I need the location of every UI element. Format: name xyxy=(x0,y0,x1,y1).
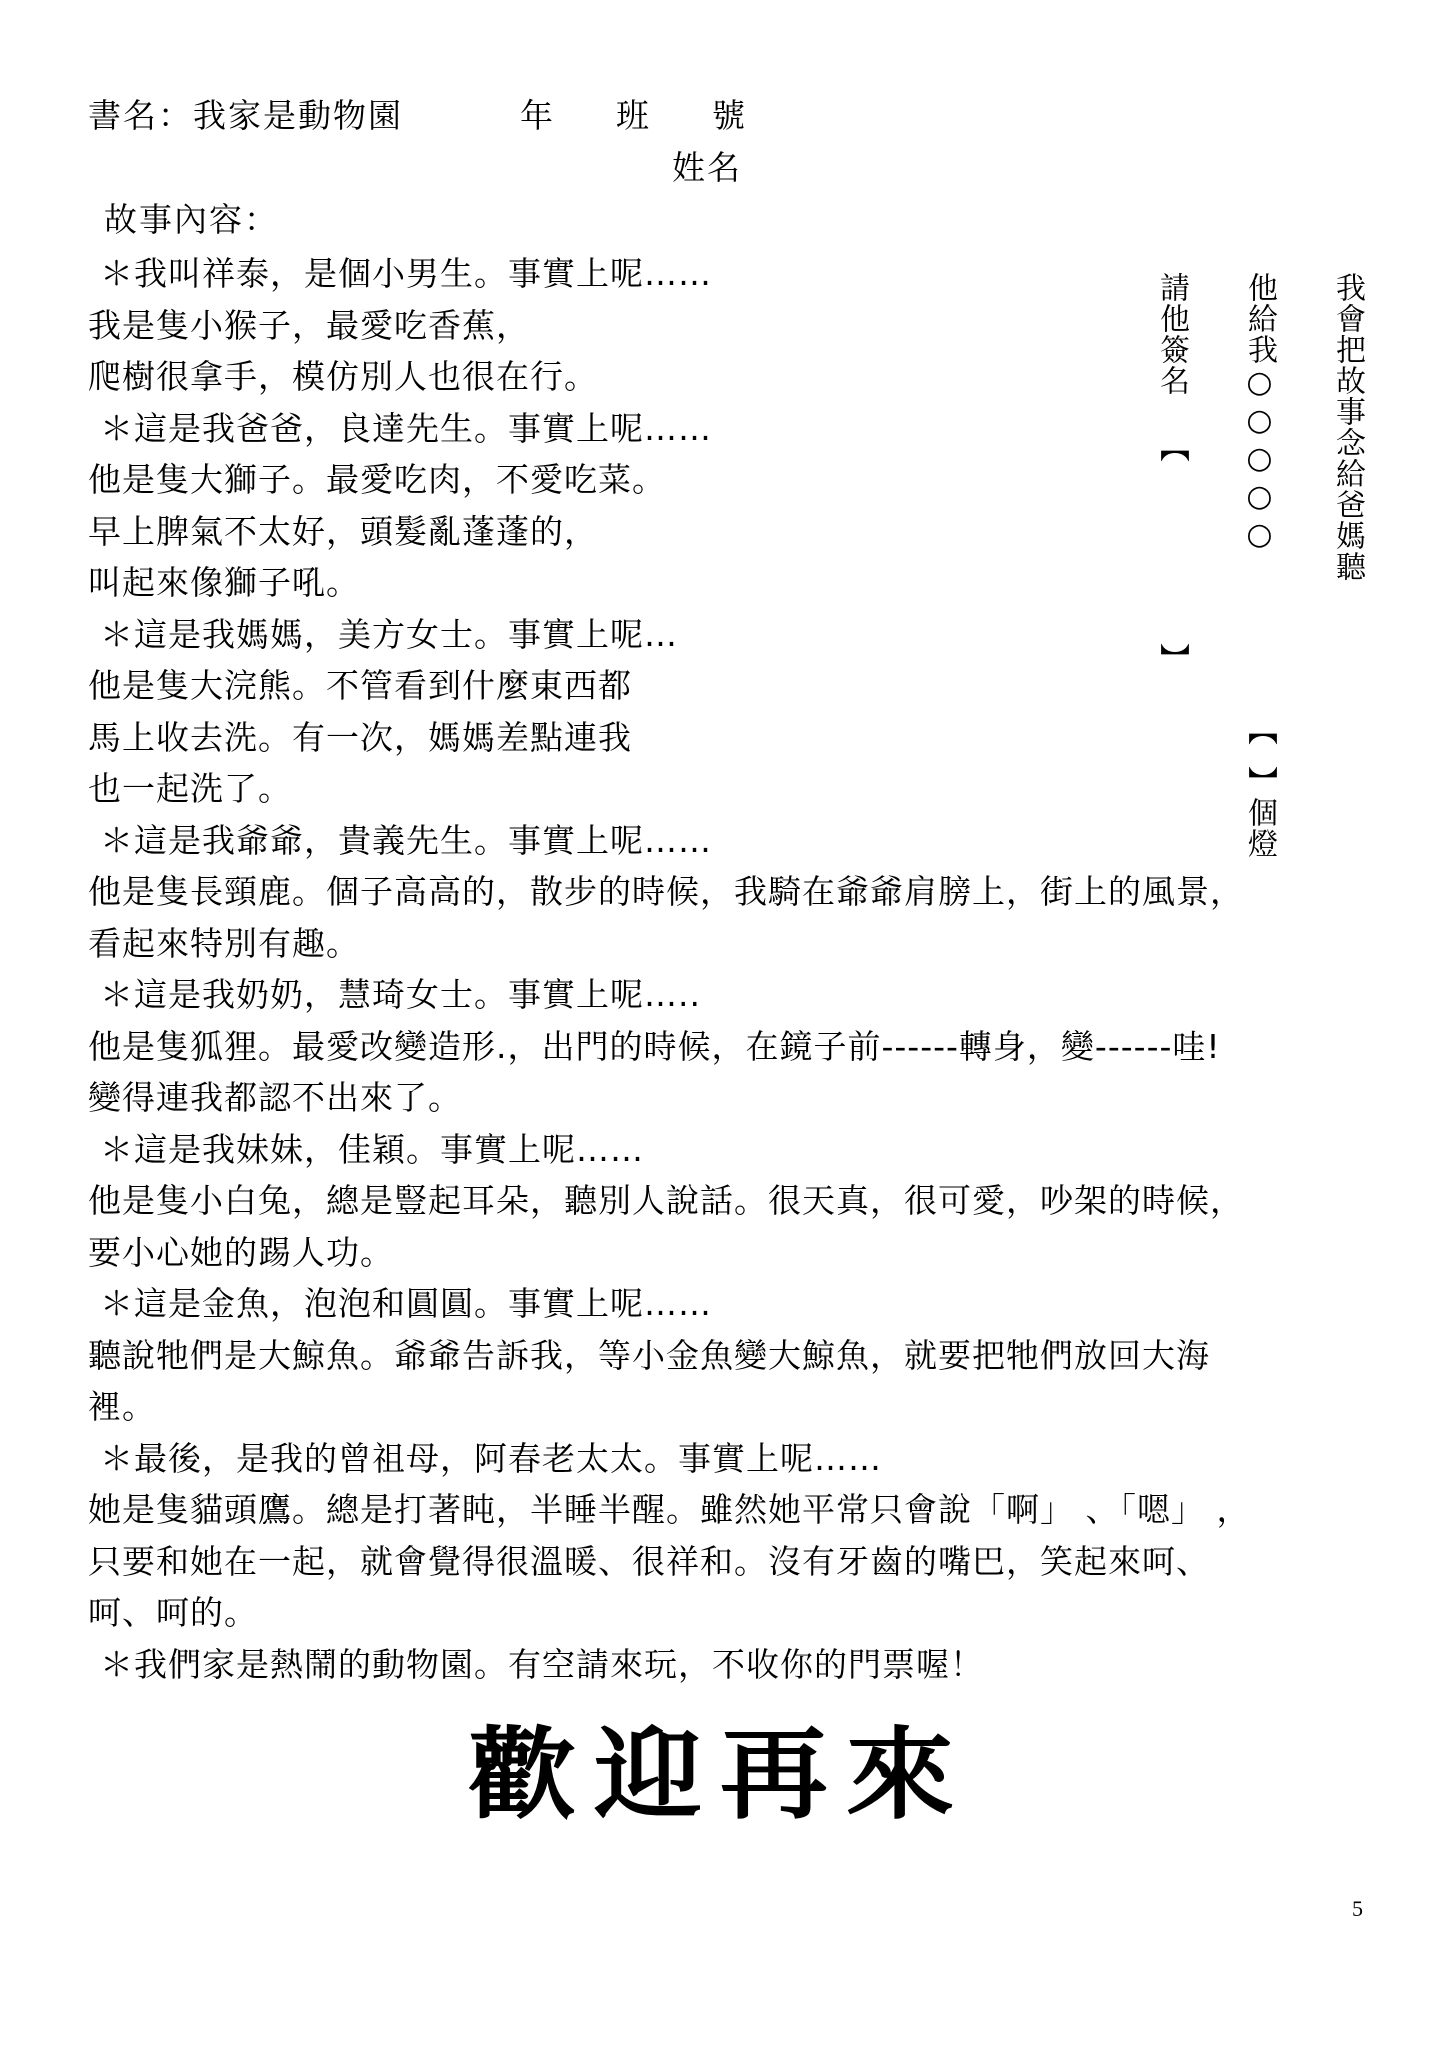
story-line: 呵、呵的。 xyxy=(88,1587,1378,1639)
seat-number-label: 號 xyxy=(712,92,745,140)
story-line: 也一起洗了。 xyxy=(88,763,1378,815)
bracket-close: 】 xyxy=(1154,643,1189,674)
bracket-open: 【 xyxy=(1242,715,1277,746)
bracket-open: 【 xyxy=(1154,432,1189,463)
closing-banner: 歡迎再來 xyxy=(370,1706,1070,1844)
story-section-title: 故事內容： xyxy=(104,196,279,244)
signature-prefix: 請他簽名 xyxy=(1154,272,1189,396)
story-line: 他是隻狐狸。最愛改變造形.，出門的時候，在鏡子前------轉身，變------… xyxy=(88,1021,1378,1073)
grade-label: 年 xyxy=(520,92,553,140)
story-line: ＊這是金魚，泡泡和圓圓。事實上呢…… xyxy=(88,1278,1378,1330)
story-line: 看起來特別有趣。 xyxy=(88,918,1378,970)
story-line: 他是隻小白兔，總是豎起耳朵，聽別人說話。很天真，很可愛，吵架的時候， xyxy=(88,1175,1378,1227)
story-line: 他是隻長頸鹿。個子高高的，散步的時候，我騎在爺爺肩膀上，街上的風景， xyxy=(88,866,1378,918)
story-line: 聽說牠們是大鯨魚。爺爺告訴我，等小金魚變大鯨魚，就要把牠們放回大海 xyxy=(88,1330,1378,1382)
story-line: 要小心她的踢人功。 xyxy=(88,1227,1378,1279)
student-name-label: 姓名 xyxy=(672,144,742,192)
worksheet-page: 書名：我家是動物園 年 班 號 姓名 故事內容： ＊我叫祥泰，是個小男生。事實上… xyxy=(0,0,1448,2048)
reading-record-signature: 請他簽名【】 xyxy=(1154,272,1188,674)
lamps-suffix: 個燈 xyxy=(1242,797,1277,859)
story-line: ＊這是我妹妹，佳穎。事實上呢…… xyxy=(88,1124,1378,1176)
story-line: 變得連我都認不出來了。 xyxy=(88,1072,1378,1124)
story-line: 她是隻貓頭鷹。總是打著盹，半睡半醒。雖然她平常只會說「啊」 、「嗯」 ， xyxy=(88,1484,1378,1536)
story-line: ＊最後，是我的曾祖母，阿春老太太。事實上呢…… xyxy=(88,1433,1378,1485)
story-line: ＊我們家是熱鬧的動物園。有空請來玩，不收你的門票喔！ xyxy=(88,1639,1378,1691)
class-label: 班 xyxy=(616,92,649,140)
read-aloud-text: 我會把故事念給爸媽聽 xyxy=(1330,272,1365,582)
story-line: ＊這是我奶奶，慧琦女士。事實上呢….. xyxy=(88,969,1378,1021)
book-title-label: 書名：我家是動物園 xyxy=(88,92,403,140)
lamp-circles: ○○○○○ xyxy=(1242,365,1277,555)
reading-record-read-aloud: 我會把故事念給爸媽聽 xyxy=(1330,272,1364,582)
story-line: 只要和她在一起，就會覺得很溫暖、很祥和。沒有牙齒的嘴巴，笑起來呵、 xyxy=(88,1536,1378,1588)
story-line: ＊這是我爺爺，貴義先生。事實上呢…… xyxy=(88,815,1378,867)
story-line: 馬上收去洗。有一次，媽媽差點連我 xyxy=(88,712,1378,764)
bracket-close: 】 xyxy=(1242,766,1277,797)
story-line: 裡。 xyxy=(88,1381,1378,1433)
page-number: 5 xyxy=(1352,1896,1363,1922)
lamps-prefix: 他給我 xyxy=(1242,272,1277,365)
reading-record-lamps: 他給我○○○○○【】個燈 xyxy=(1242,272,1276,859)
